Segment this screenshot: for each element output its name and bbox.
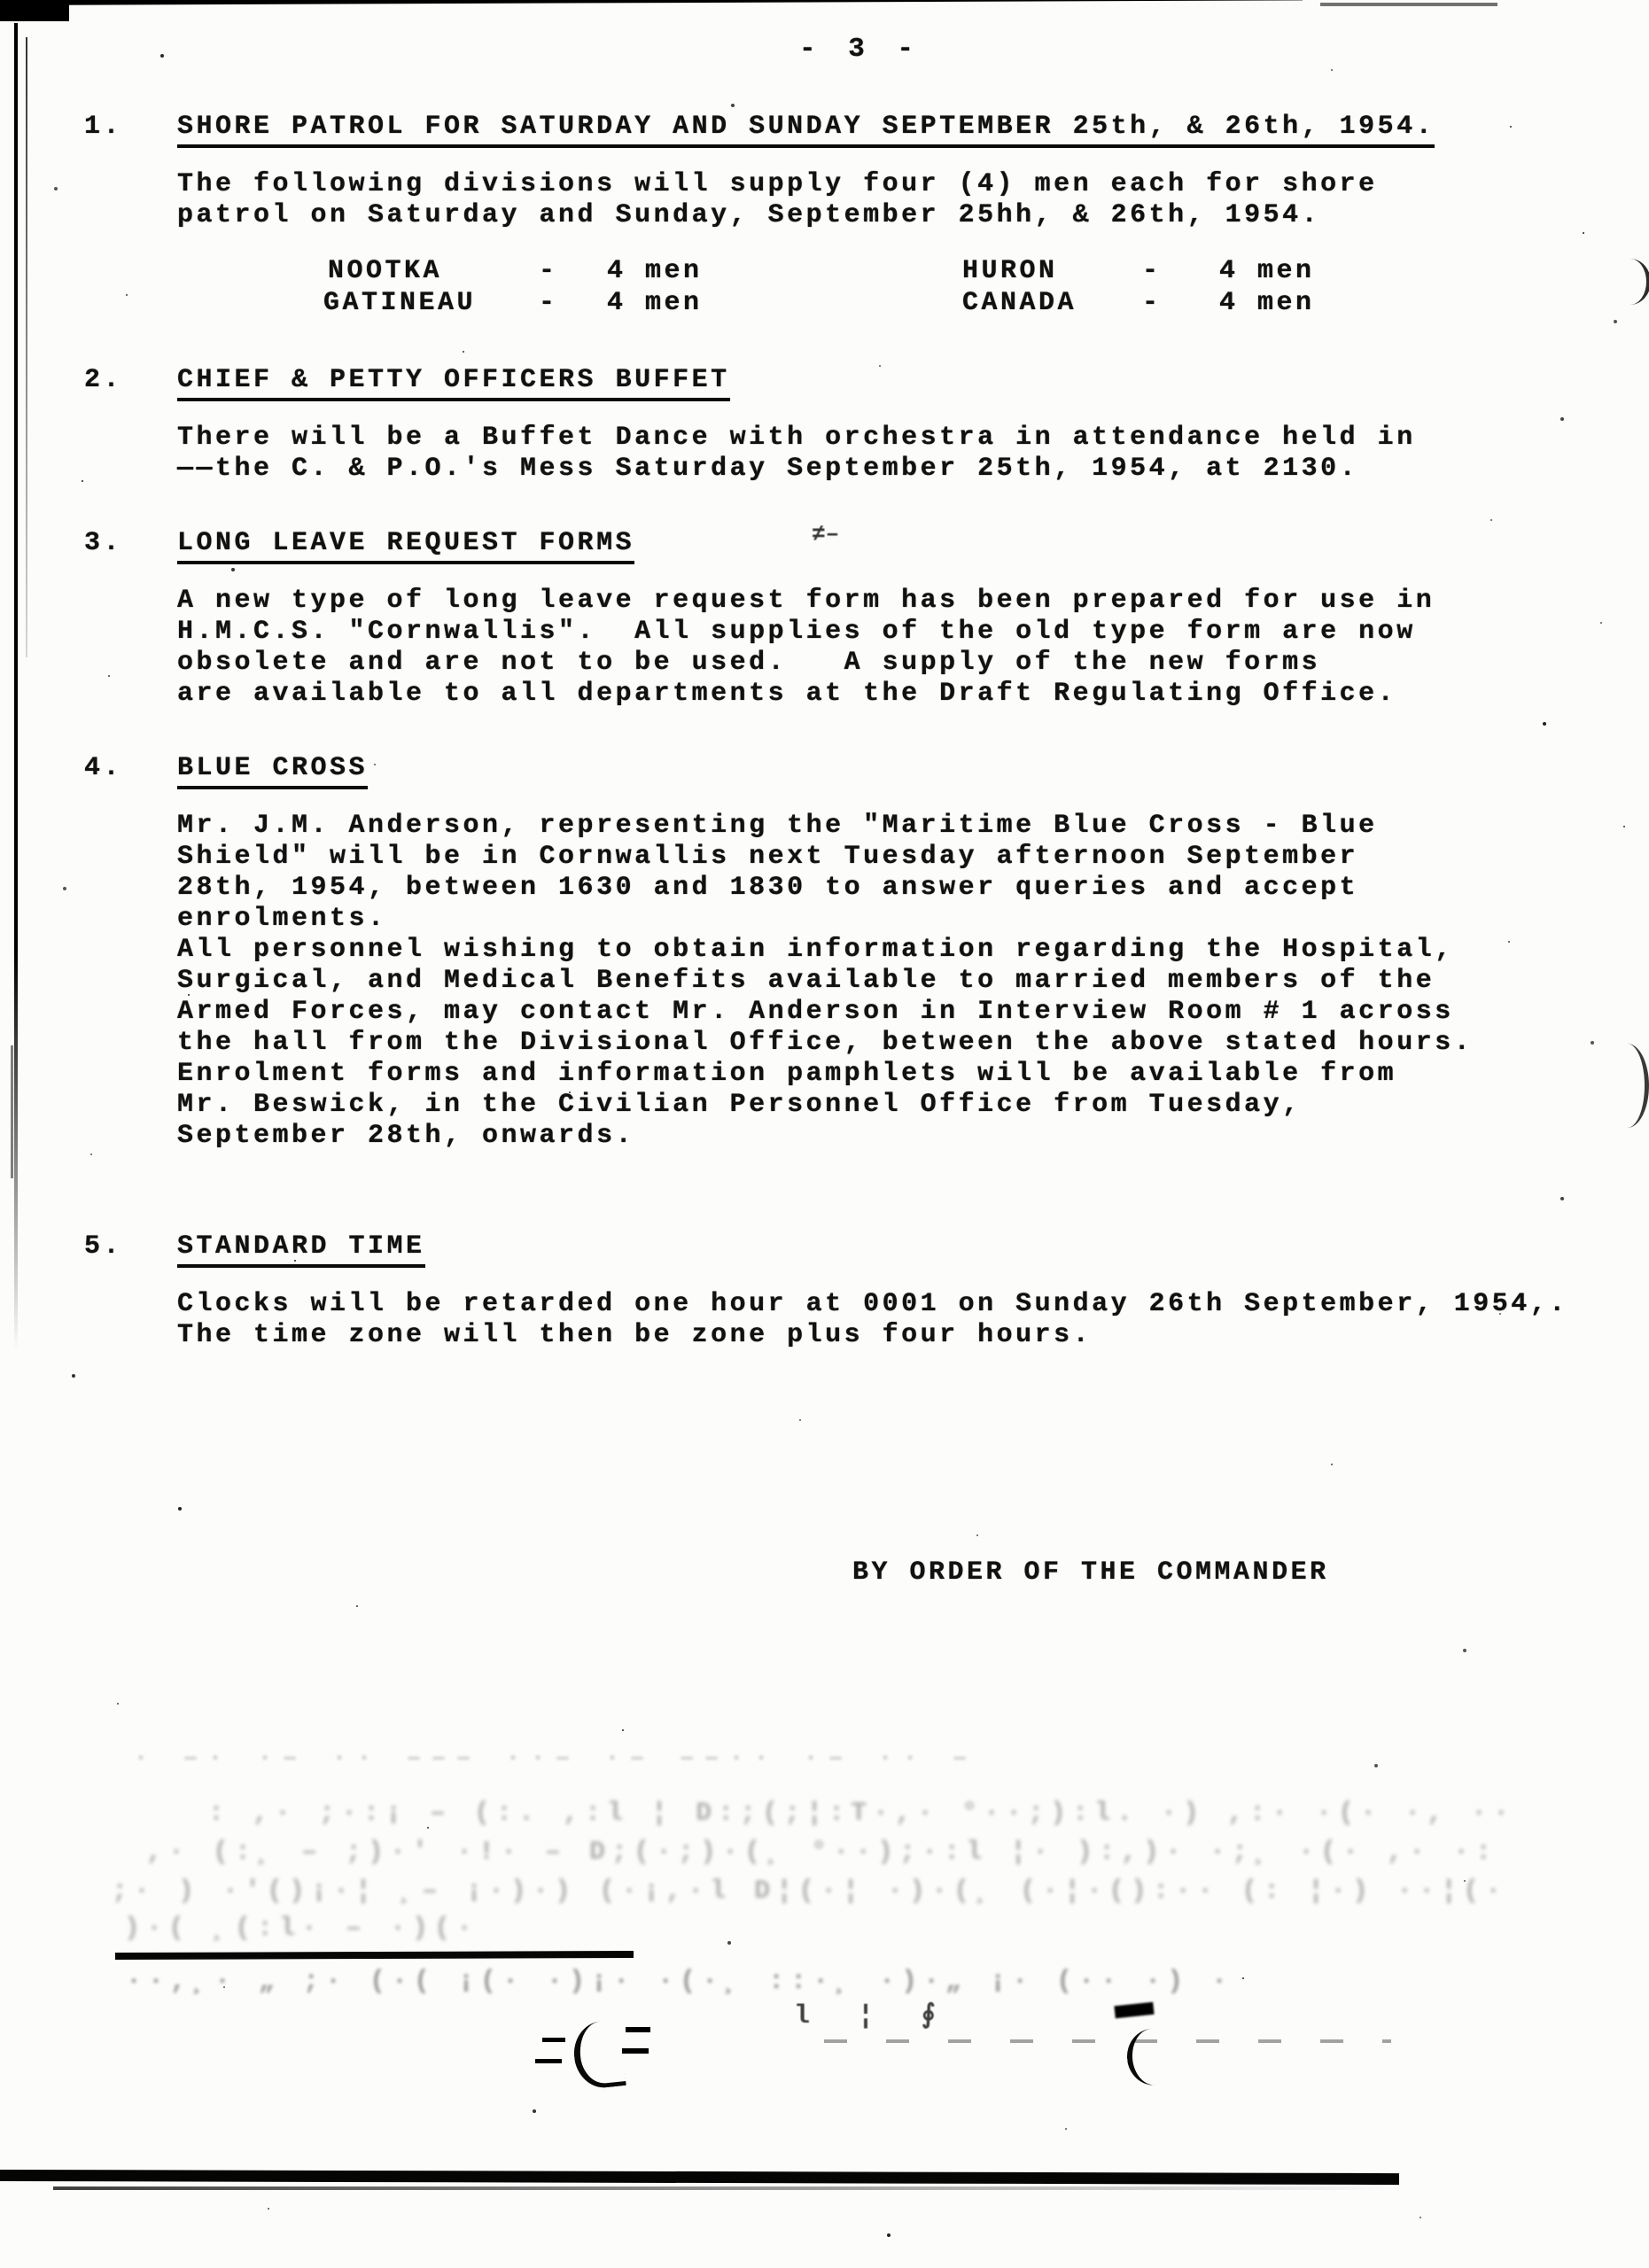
section-number: 1. <box>84 112 177 143</box>
scan-edge-left <box>14 23 18 1352</box>
ghost-line: ;∙ ) ∙'()¡∙¦ ¸– ¡∙)∙) (∙¡,∙l D¦(∙¦ ∙)∙(¸… <box>112 1876 1507 1907</box>
dash: - <box>539 256 558 287</box>
section-body: Mr. J.M. Anderson, representing the "Mar… <box>177 811 1591 1152</box>
section-cpo-buffet: 2. CHIEF & PETTY OFFICERS BUFFET There w… <box>84 365 1591 485</box>
scan-noise-speckles <box>0 0 2 2</box>
ghost-line: · –· ·– ·· ––– ··– ·– ––·· ·– ·· – <box>133 1744 976 1774</box>
scan-corner-blob <box>0 0 69 21</box>
section-heading: LONG LEAVE REQUEST FORMS <box>177 528 634 564</box>
dash: - <box>1142 288 1162 319</box>
shore-patrol-table: NOOTKA - 4 men GATINEAU - 4 men HURON - … <box>84 256 1591 322</box>
ghost-line: ∙∙,¸∙ „ ;∙ (∙( ¡(∙ ∙)¡∙ ∙(∙¸ ::∙¸ ∙)∙„ ¡… <box>126 1967 1233 1997</box>
closing-line: BY ORDER OF THE COMMANDER <box>852 1557 1329 1588</box>
section-body: The following divisions will supply four… <box>177 169 1591 231</box>
scan-edge-left-inner <box>26 37 27 657</box>
tick-mark <box>626 2027 650 2032</box>
section-long-leave-forms: 3. LONG LEAVE REQUEST FORMS A new type o… <box>84 528 1591 710</box>
tick-mark <box>535 2059 562 2063</box>
scan-curl-right-lower <box>1618 1044 1649 1128</box>
ink-blob <box>1114 2002 1154 2019</box>
tick-mark <box>622 2048 649 2054</box>
men-count: 4 men <box>1219 288 1315 319</box>
ghost-line: ,· (:¸ – ;)∙' ∙!∙ – D;(∙;)∙(¸ °∙∙);∙:l ¦… <box>146 1837 1497 1868</box>
section-heading: STANDARD TIME <box>177 1231 425 1268</box>
scan-edge-top-right <box>1320 3 1497 6</box>
section-standard-time: 5. STANDARD TIME Clocks will be retarded… <box>84 1231 1591 1351</box>
section-shore-patrol: 1. SHORE PATROL FOR SATURDAY AND SUNDAY … <box>84 112 1591 322</box>
bottom-scan-band <box>0 2170 1399 2185</box>
men-count: 4 men <box>607 288 703 319</box>
section-heading: SHORE PATROL FOR SATURDAY AND SUNDAY SEP… <box>177 112 1435 148</box>
dash: - <box>539 288 558 319</box>
scan-edge-top <box>0 0 1303 5</box>
scanned-document-page: - 3 - 1. SHORE PATROL FOR SATURDAY AND S… <box>0 0 1649 2268</box>
section-heading: CHIEF & PETTY OFFICERS BUFFET <box>177 365 730 401</box>
stray-mark: l ¦ ∮ <box>794 1999 952 2031</box>
stray-mark: ≠– <box>812 521 839 548</box>
ship-name: CANADA <box>962 288 1077 319</box>
section-number: 3. <box>84 528 177 559</box>
ghost-line: : ,· ;∙:¡ – (:. ,:l ¦ D:;(;¦:T∙,· °∙∙;):… <box>208 1798 1515 1829</box>
pen-curl-mark <box>1125 2027 1173 2086</box>
section-heading: BLUE CROSS <box>177 753 368 789</box>
men-count: 4 men <box>607 256 703 287</box>
ship-name: HURON <box>962 256 1058 287</box>
ship-name: NOOTKA <box>328 256 442 287</box>
faint-dash-line <box>824 2039 1391 2043</box>
scan-edge-left-lower <box>11 1045 13 1178</box>
section-number: 4. <box>84 753 177 784</box>
section-number: 5. <box>84 1231 177 1262</box>
ghost-line: )∙( ¸(:l∙ – ∙)(∙ <box>124 1914 478 1944</box>
ship-name: GATINEAU <box>323 288 476 319</box>
scan-curl-right-upper <box>1616 259 1649 305</box>
page-number: - 3 - <box>799 34 922 65</box>
tick-mark <box>542 2038 565 2042</box>
pen-curl-mark <box>571 2019 626 2090</box>
dash: - <box>1142 256 1162 287</box>
men-count: 4 men <box>1219 256 1315 287</box>
section-number: 2. <box>84 365 177 396</box>
section-blue-cross: 4. BLUE CROSS Mr. J.M. Anderson, represe… <box>84 753 1591 1152</box>
section-body: Clocks will be retarded one hour at 0001… <box>177 1289 1591 1351</box>
section-body: There will be a Buffet Dance with orches… <box>177 423 1591 485</box>
bottom-scan-band-echo <box>53 2186 1400 2190</box>
section-body: A new type of long leave request form ha… <box>177 586 1591 710</box>
bleed-rule <box>115 1951 634 1960</box>
